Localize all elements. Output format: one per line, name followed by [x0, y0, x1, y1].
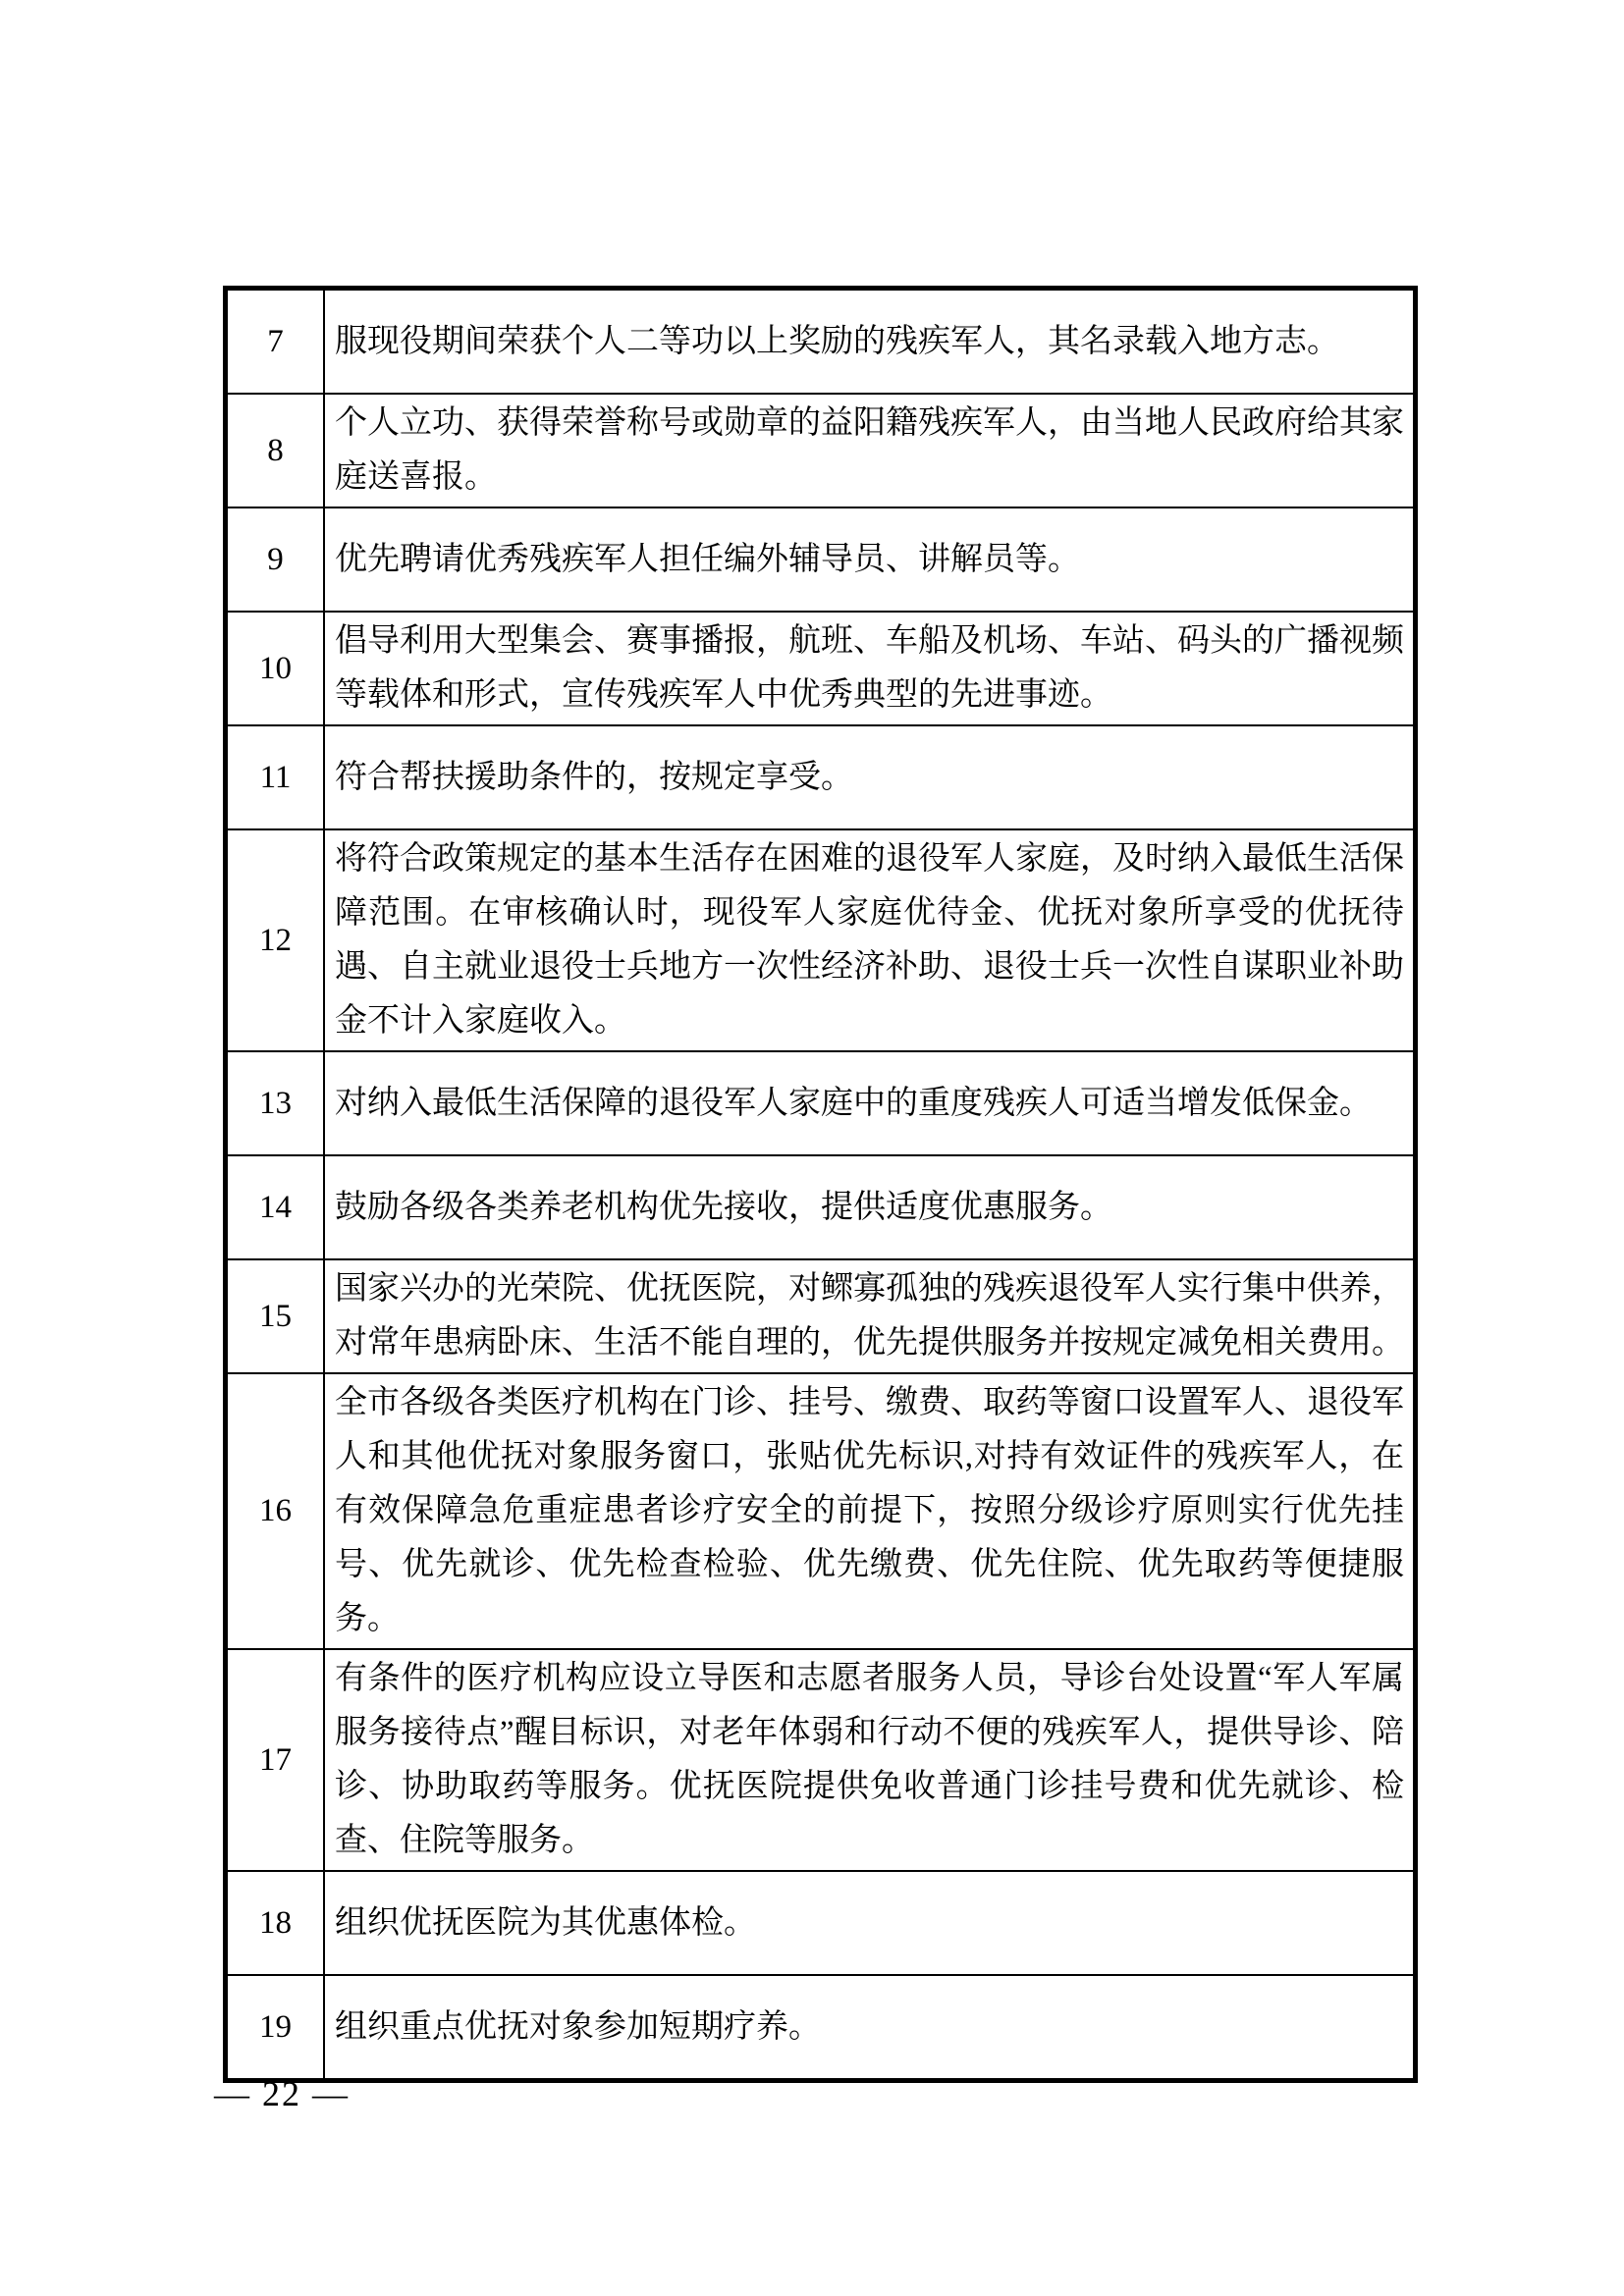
table-row: 13 对纳入最低生活保障的退役军人家庭中的重度残疾人可适当增发低保金。 — [226, 1051, 1416, 1155]
row-number: 8 — [226, 394, 325, 507]
table-row: 12 将符合政策规定的基本生活存在困难的退役军人家庭，及时纳入最低生活保障范围。… — [226, 829, 1416, 1051]
table-row: 14 鼓励各级各类养老机构优先接收，提供适度优惠服务。 — [226, 1155, 1416, 1259]
table-row: 7 服现役期间荣获个人二等功以上奖励的残疾军人，其名录载入地方志。 — [226, 289, 1416, 395]
row-number: 19 — [226, 1975, 325, 2081]
row-number: 14 — [226, 1155, 325, 1259]
row-number: 12 — [226, 829, 325, 1051]
row-number: 13 — [226, 1051, 325, 1155]
document-page: 7 服现役期间荣获个人二等功以上奖励的残疾军人，其名录载入地方志。 8 个人立功… — [0, 0, 1624, 2296]
row-text: 有条件的医疗机构应设立导医和志愿者服务人员，导诊台处设置“军人军属服务接待点”醒… — [324, 1649, 1416, 1871]
row-text: 将符合政策规定的基本生活存在困难的退役军人家庭，及时纳入最低生活保障范围。在审核… — [324, 829, 1416, 1051]
row-text: 对纳入最低生活保障的退役军人家庭中的重度残疾人可适当增发低保金。 — [324, 1051, 1416, 1155]
row-number: 7 — [226, 289, 325, 395]
table-row: 8 个人立功、获得荣誉称号或勋章的益阳籍残疾军人，由当地人民政府给其家庭送喜报。 — [226, 394, 1416, 507]
benefits-table: 7 服现役期间荣获个人二等功以上奖励的残疾军人，其名录载入地方志。 8 个人立功… — [223, 286, 1418, 2083]
row-text: 组织优抚医院为其优惠体检。 — [324, 1871, 1416, 1975]
row-number: 17 — [226, 1649, 325, 1871]
row-text: 服现役期间荣获个人二等功以上奖励的残疾军人，其名录载入地方志。 — [324, 289, 1416, 395]
table-row: 10 倡导利用大型集会、赛事播报，航班、车船及机场、车站、码头的广播视频等载体和… — [226, 612, 1416, 725]
table-row: 9 优先聘请优秀残疾军人担任编外辅导员、讲解员等。 — [226, 507, 1416, 612]
row-text: 鼓励各级各类养老机构优先接收，提供适度优惠服务。 — [324, 1155, 1416, 1259]
row-text: 全市各级各类医疗机构在门诊、挂号、缴费、取药等窗口设置军人、退役军人和其他优抚对… — [324, 1373, 1416, 1649]
table-row: 16 全市各级各类医疗机构在门诊、挂号、缴费、取药等窗口设置军人、退役军人和其他… — [226, 1373, 1416, 1649]
table-row: 15 国家兴办的光荣院、优抚医院，对鳏寡孤独的残疾退役军人实行集中供养，对常年患… — [226, 1259, 1416, 1373]
table-row: 18 组织优抚医院为其优惠体检。 — [226, 1871, 1416, 1975]
row-text: 倡导利用大型集会、赛事播报，航班、车船及机场、车站、码头的广播视频等载体和形式，… — [324, 612, 1416, 725]
row-text: 符合帮扶援助条件的，按规定享受。 — [324, 725, 1416, 829]
row-text: 国家兴办的光荣院、优抚医院，对鳏寡孤独的残疾退役军人实行集中供养，对常年患病卧床… — [324, 1259, 1416, 1373]
table-row: 11 符合帮扶援助条件的，按规定享受。 — [226, 725, 1416, 829]
page-number: — 22 — — [214, 2073, 350, 2114]
table-body: 7 服现役期间荣获个人二等功以上奖励的残疾军人，其名录载入地方志。 8 个人立功… — [226, 289, 1416, 2081]
row-number: 15 — [226, 1259, 325, 1373]
row-number: 18 — [226, 1871, 325, 1975]
table-row: 17 有条件的医疗机构应设立导医和志愿者服务人员，导诊台处设置“军人军属服务接待… — [226, 1649, 1416, 1871]
row-text: 个人立功、获得荣誉称号或勋章的益阳籍残疾军人，由当地人民政府给其家庭送喜报。 — [324, 394, 1416, 507]
table-row: 19 组织重点优抚对象参加短期疗养。 — [226, 1975, 1416, 2081]
row-text: 组织重点优抚对象参加短期疗养。 — [324, 1975, 1416, 2081]
row-number: 10 — [226, 612, 325, 725]
row-text: 优先聘请优秀残疾军人担任编外辅导员、讲解员等。 — [324, 507, 1416, 612]
row-number: 11 — [226, 725, 325, 829]
row-number: 16 — [226, 1373, 325, 1649]
row-number: 9 — [226, 507, 325, 612]
